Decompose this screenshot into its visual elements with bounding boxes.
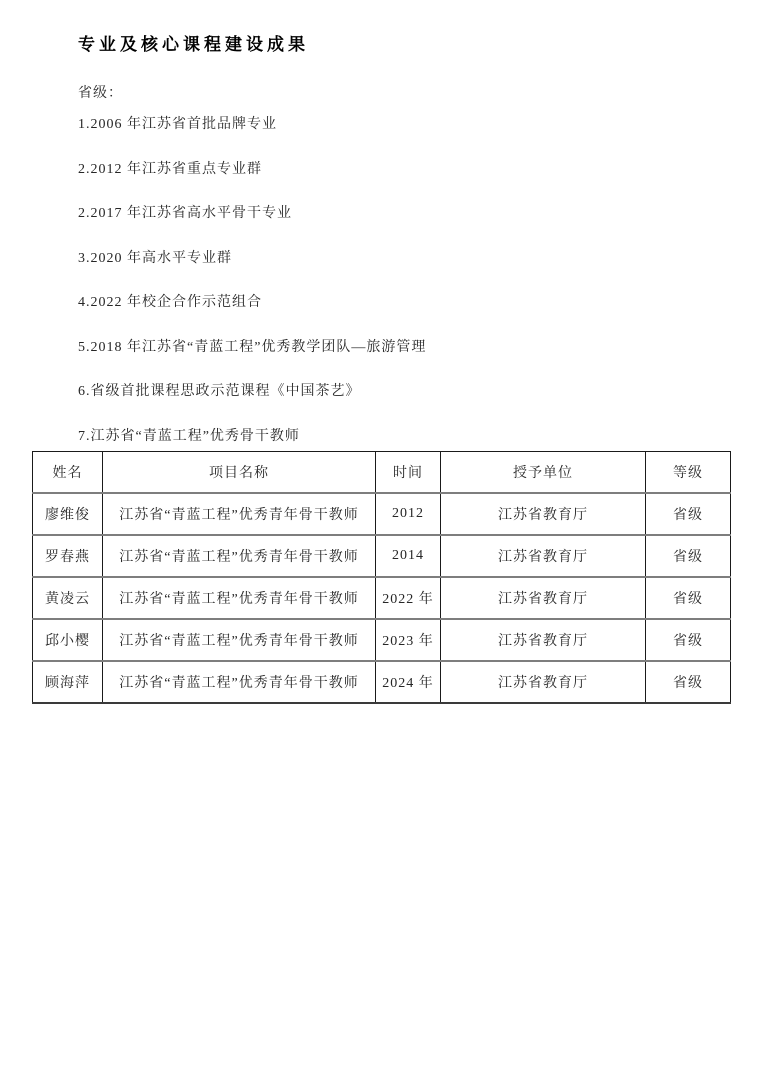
table-body: 廖维俊江苏省“青蓝工程”优秀青年骨干教师2012江苏省教育厅省级罗春燕江苏省“青… [33, 493, 731, 703]
table-cell: 省级 [646, 535, 731, 577]
table-header-cell: 授予单位 [441, 452, 646, 493]
list-item: 2.2017 年江苏省高水平骨干专业 [78, 207, 426, 221]
table-cell: 省级 [646, 619, 731, 661]
document-page: 专业及核心课程建设成果 省级： 1.2006 年江苏省首批品牌专业2.2012 … [0, 0, 780, 1070]
table-row: 罗春燕江苏省“青蓝工程”优秀青年骨干教师2014江苏省教育厅省级 [33, 535, 731, 577]
list-item: 2.2012 年江苏省重点专业群 [78, 163, 426, 177]
table-cell: 江苏省“青蓝工程”优秀青年骨干教师 [103, 577, 376, 619]
table-row: 黄凌云江苏省“青蓝工程”优秀青年骨干教师2022 年江苏省教育厅省级 [33, 577, 731, 619]
list-item: 6.省级首批课程思政示范课程《中国茶艺》 [78, 385, 426, 399]
list-item: 3.2020 年高水平专业群 [78, 252, 426, 266]
table-cell: 省级 [646, 493, 731, 535]
table-header-cell: 时间 [376, 452, 441, 493]
table-header-cell: 等级 [646, 452, 731, 493]
table-header-cell: 姓名 [33, 452, 103, 493]
table-cell: 江苏省教育厅 [441, 493, 646, 535]
list-item: 5.2018 年江苏省“青蓝工程”优秀教学团队—旅游管理 [78, 341, 426, 355]
intro-label: 省级： [78, 87, 123, 101]
achievement-list: 1.2006 年江苏省首批品牌专业2.2012 年江苏省重点专业群2.2017 … [78, 118, 426, 474]
table-row: 邱小樱江苏省“青蓝工程”优秀青年骨干教师2023 年江苏省教育厅省级 [33, 619, 731, 661]
table-cell: 江苏省“青蓝工程”优秀青年骨干教师 [103, 619, 376, 661]
table-cell: 顾海萍 [33, 661, 103, 703]
table-header-row: 姓名项目名称时间授予单位等级 [33, 452, 731, 493]
table-header-cell: 项目名称 [103, 452, 376, 493]
table-cell: 2024 年 [376, 661, 441, 703]
table-cell: 江苏省“青蓝工程”优秀青年骨干教师 [103, 661, 376, 703]
table-row: 廖维俊江苏省“青蓝工程”优秀青年骨干教师2012江苏省教育厅省级 [33, 493, 731, 535]
table-cell: 江苏省教育厅 [441, 535, 646, 577]
table-cell: 江苏省教育厅 [441, 577, 646, 619]
table-cell: 江苏省教育厅 [441, 619, 646, 661]
table-row: 顾海萍江苏省“青蓝工程”优秀青年骨干教师2024 年江苏省教育厅省级 [33, 661, 731, 703]
table-cell: 2023 年 [376, 619, 441, 661]
teachers-awards-table: 姓名项目名称时间授予单位等级 廖维俊江苏省“青蓝工程”优秀青年骨干教师2012江… [32, 451, 731, 704]
list-item: 7.江苏省“青蓝工程”优秀骨干教师 [78, 430, 426, 444]
table-cell: 江苏省“青蓝工程”优秀青年骨干教师 [103, 535, 376, 577]
table-cell: 2014 [376, 535, 441, 577]
table-cell: 省级 [646, 661, 731, 703]
table-cell: 2012 [376, 493, 441, 535]
table-cell: 2022 年 [376, 577, 441, 619]
table-header: 姓名项目名称时间授予单位等级 [33, 452, 731, 493]
list-item: 4.2022 年校企合作示范组合 [78, 296, 426, 310]
table-cell: 黄凌云 [33, 577, 103, 619]
table-cell: 罗春燕 [33, 535, 103, 577]
table-cell: 江苏省教育厅 [441, 661, 646, 703]
table-cell: 江苏省“青蓝工程”优秀青年骨干教师 [103, 493, 376, 535]
table-cell: 省级 [646, 577, 731, 619]
page-title: 专业及核心课程建设成果 [78, 30, 309, 55]
table-cell: 廖维俊 [33, 493, 103, 535]
table-cell: 邱小樱 [33, 619, 103, 661]
list-item: 1.2006 年江苏省首批品牌专业 [78, 118, 426, 132]
